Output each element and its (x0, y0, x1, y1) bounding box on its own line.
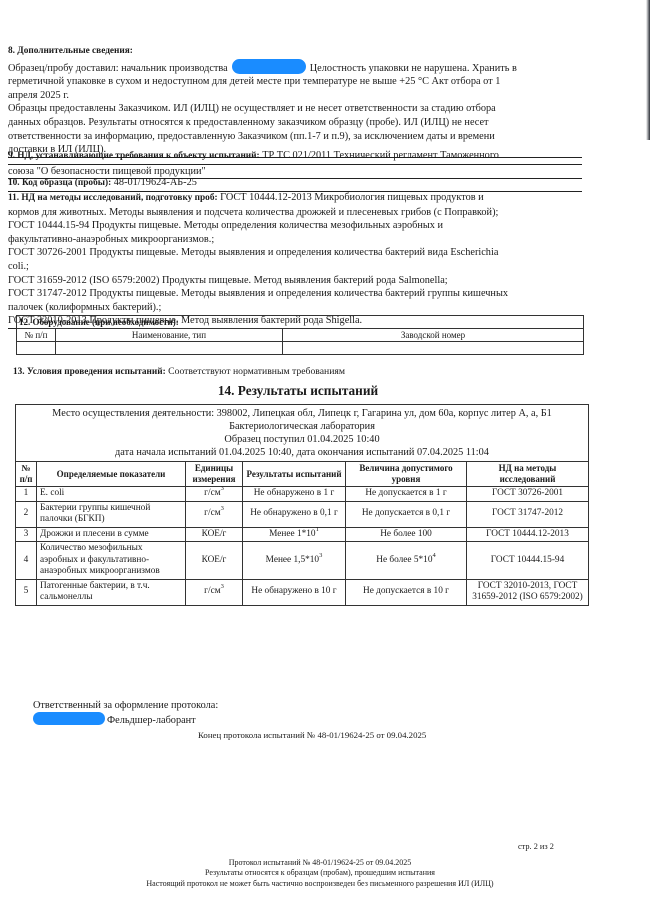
method-line: ГОСТ 30726-2001 Продукты пищевые. Методы… (8, 246, 582, 260)
row-indicator: Дрожжи и плесени в сумме (37, 527, 186, 542)
method-line: палочек (колиформных бактерий).; (8, 301, 582, 315)
row-result: Не обнаружено в 0,1 г (243, 501, 346, 527)
place-of-activity: Место осуществления деятельности: 398002… (20, 407, 584, 420)
row-indicator: E. coli (37, 487, 186, 502)
delivered-by-text: Образец/пробу доставил: начальник произв… (8, 63, 228, 74)
col-header-result: Результаты испытаний (243, 462, 346, 487)
row-number: 5 (16, 579, 37, 605)
method-line-0: ГОСТ 10444.12-2013 Микробиология пищевых… (220, 192, 484, 203)
table-row: 4Количество мезофильных аэробных и факул… (16, 542, 589, 580)
responsible-block: Ответственный за оформление протокола: Ф… (33, 699, 218, 727)
row-indicator: Патогенные бактерии, в т.ч. сальмонеллы (37, 579, 186, 605)
row-limit: Не более 5*104 (346, 542, 467, 580)
table-row: 3Дрожжи и плесени в суммеКОЕ/гМенее 1*10… (16, 527, 589, 542)
row-result: Не обнаружено в 1 г (243, 487, 346, 502)
disclaimer-line-2: данных образцов. Результаты относятся к … (8, 116, 582, 130)
equipment-cell (283, 342, 584, 355)
col-header-limit: Величина допустимого уровня (346, 462, 467, 487)
row-indicator: Бактерии группы кишечной палочки (БГКП) (37, 501, 186, 527)
section-13-title: 13. Условия проведения испытаний: (13, 367, 166, 377)
disclaimer-line-3: ответственности за информацию, предостав… (8, 130, 582, 144)
row-result: Не обнаружено в 10 г (243, 579, 346, 605)
equipment-col-num: № п/п (17, 329, 56, 342)
section-9-text: ТР ТС 021/2011 Технический регламент Там… (262, 150, 499, 161)
row-unit: КОЕ/г (186, 527, 243, 542)
row-result: Менее 1,5*103 (243, 542, 346, 580)
row-method: ГОСТ 10444.15-94 (467, 542, 589, 580)
equipment-col-serial: Заводской номер (283, 329, 584, 342)
equipment-table: 12. Оборудование (при необходимости): № … (16, 315, 584, 355)
results-header-row: № п/п Определяемые показатели Единицы из… (16, 462, 589, 487)
section-8-title: 8. Дополнительные сведения: (8, 46, 133, 56)
section-9-requirements: 9. НД, устанавливающие требования к объе… (8, 149, 582, 179)
section-9-title: 9. НД, устанавливающие требования к объе… (8, 151, 260, 161)
equipment-cell (17, 342, 56, 355)
footer: Протокол испытаний № 48-01/19624-25 от 0… (110, 858, 530, 889)
scan-edge-shadow (646, 0, 650, 140)
row-unit: г/см3 (186, 579, 243, 605)
responsible-position: Фельдшер-лаборант (107, 715, 196, 726)
row-method: ГОСТ 10444.12-2013 (467, 527, 589, 542)
row-method: ГОСТ 32010-2013, ГОСТ 31659-2012 (ISO 65… (467, 579, 589, 605)
superscript: 3 (221, 485, 224, 492)
row-number: 4 (16, 542, 37, 580)
section-13-conditions: 13. Условия проведения испытаний: Соотве… (13, 366, 345, 377)
superscript: 3 (319, 552, 322, 559)
test-dates: дата начала испытаний 01.04.2025 10:40, … (20, 446, 584, 459)
sample-code: 48-01/19624-АБ-25 (114, 177, 197, 188)
method-line: ГОСТ 31659-2012 (ISO 6579:2002) Продукты… (8, 274, 582, 288)
table-row: 5Патогенные бактерии, в т.ч. сальмонеллы… (16, 579, 589, 605)
method-line: факультативно-анаэробных микроорганизмов… (8, 233, 582, 247)
table-row: 1E. coliг/см3Не обнаружено в 1 гНе допус… (16, 487, 589, 502)
col-header-indicator: Определяемые показатели (37, 462, 186, 487)
section-14-title: 14. Результаты испытаний (8, 383, 588, 399)
footer-results-note: Результаты относятся к образцам (пробам)… (110, 868, 530, 878)
row-unit: г/см3 (186, 501, 243, 527)
disclaimer-line-1: Образцы предоставлены Заказчиком. ИЛ (ИЛ… (8, 102, 582, 116)
row-number: 3 (16, 527, 37, 542)
section-11-methods: 11. НД на методы исследований, подготовк… (8, 191, 582, 329)
page-number: стр. 2 из 2 (518, 842, 554, 851)
section-10-title: 10. Код образца (пробы): (8, 178, 111, 188)
col-header-num: № п/п (16, 462, 37, 487)
col-header-unit: Единицы измерения (186, 462, 243, 487)
footer-copyright-note: Настоящий протокол не может быть частичн… (110, 879, 530, 889)
sample-received: Образец поступил 01.04.2025 10:40 (20, 433, 584, 446)
section-8-additional-info: 8. Дополнительные сведения: Образец/проб… (8, 44, 582, 158)
row-limit: Не допускается в 10 г (346, 579, 467, 605)
method-line: coli.; (8, 260, 582, 274)
col-header-method: НД на методы исследований (467, 462, 589, 487)
equipment-col-name: Наименование, тип (56, 329, 283, 342)
footer-protocol: Протокол испытаний № 48-01/19624-25 от 0… (110, 858, 530, 868)
row-limit: Не допускается в 1 г (346, 487, 467, 502)
row-result: Менее 1*101 (243, 527, 346, 542)
packaging-text: Целостность упаковки не нарушена. Хранит… (310, 63, 517, 74)
responsible-label: Ответственный за оформление протокола: (33, 699, 218, 712)
row-method: ГОСТ 30726-2001 (467, 487, 589, 502)
row-unit: г/см3 (186, 487, 243, 502)
row-number: 1 (16, 487, 37, 502)
method-line: кормов для животных. Методы выявления и … (8, 206, 582, 220)
table-row: 2Бактерии группы кишечной палочки (БГКП)… (16, 501, 589, 527)
redacted-name (232, 59, 306, 74)
act-date-text: апреля 2025 г. (8, 89, 582, 103)
row-unit: КОЕ/г (186, 542, 243, 580)
superscript: 3 (221, 583, 224, 590)
method-line: ГОСТ 10444.15-94 Продукты пищевые. Метод… (8, 219, 582, 233)
laboratory-name: Бактериологическая лаборатория (20, 420, 584, 433)
results-body: 1E. coliг/см3Не обнаружено в 1 гНе допус… (16, 487, 589, 606)
redacted-responsible-name (33, 712, 105, 725)
row-number: 2 (16, 501, 37, 527)
superscript: 3 (221, 505, 224, 512)
section-10-sample-code: 10. Код образца (пробы): 48-01/19624-АБ-… (8, 176, 582, 192)
results-info: Место осуществления деятельности: 398002… (16, 405, 589, 462)
end-of-protocol: Конец протокола испытаний № 48-01/19624-… (198, 730, 426, 740)
row-indicator: Количество мезофильных аэробных и факуль… (37, 542, 186, 580)
section-11-title: 11. НД на методы исследований, подготовк… (8, 193, 218, 203)
superscript: 4 (432, 552, 435, 559)
row-limit: Не более 100 (346, 527, 467, 542)
results-table: Место осуществления деятельности: 398002… (15, 404, 589, 606)
section-12-title: 12. Оборудование (при необходимости): (17, 316, 584, 329)
method-line: ГОСТ 31747-2012 Продукты пищевые. Методы… (8, 287, 582, 301)
row-limit: Не допускается в 0,1 г (346, 501, 467, 527)
storage-text: герметичной упаковке в сухом и недоступн… (8, 75, 582, 89)
superscript: 1 (316, 526, 319, 533)
equipment-cell (56, 342, 283, 355)
conditions-value: Соответствуют нормативным требованиям (168, 366, 345, 377)
row-method: ГОСТ 31747-2012 (467, 501, 589, 527)
